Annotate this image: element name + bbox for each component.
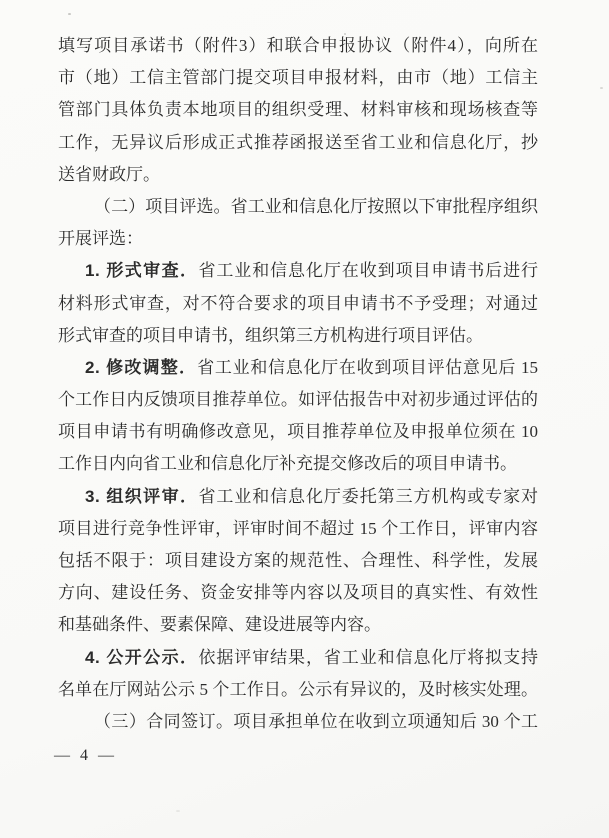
numbered-heading: 1. 形式审查． — [85, 261, 198, 280]
line-text: 项目申请书有明确修改意见，项目推荐单位及申报单位须在 10 个 — [58, 422, 538, 448]
line-text: 项目进行竞争性评审，评审时间不超过 15 个工作日，评审内容 — [58, 519, 538, 538]
text-line: 管部门具体负责本地项目的组织受理、材料审核和现场核查等 — [58, 94, 538, 126]
text-line: 工作，无异议后形成正式推荐函报送至省工业和信息化厅，抄 — [58, 127, 538, 159]
line-text: 名单在厅网站公示 5 个工作日。公示有异议的，及时核实处理。 — [58, 680, 538, 699]
numbered-heading: 3. 组织评审． — [85, 487, 198, 506]
paragraph-end-line: 工作日内向省工业和信息化厅补充提交修改后的项目申请书。 — [58, 448, 538, 480]
line-text: 开展评选： — [58, 229, 143, 248]
line-text: 省工业和信息化厅在收到项目评估意见后 15 — [197, 358, 538, 377]
line-text: 包括不限于：项目建设方案的规范性、合理性、科学性，发展 — [58, 551, 538, 570]
line-text: 管部门具体负责本地项目的组织受理、材料审核和现场核查等 — [58, 100, 538, 119]
line-text: 方向、建设任务、资金安排等内容以及项目的真实性、有效性 — [58, 583, 538, 602]
text-line: 项目进行竞争性评审，评审时间不超过 15 个工作日，评审内容 — [58, 513, 538, 545]
line-text: （二）项目评选。省工业和信息化厅按照以下审批程序组织 — [94, 197, 538, 216]
paragraph-end-line: 形式审查的项目申请书，组织第三方机构进行项目评估。 — [58, 320, 538, 352]
scan-speck — [600, 87, 603, 89]
text-line: 个工作日内反馈项目推荐单位。如评估报告中对初步通过评估的 — [58, 384, 538, 416]
paragraph-start-line: 4. 公开公示．依据评审结果，省工业和信息化厅将拟支持 — [58, 642, 538, 674]
line-text: 材料形式审查，对不符合要求的项目申请书不予受理；对通过 — [58, 294, 538, 313]
numbered-heading: 4. 公开公示． — [85, 648, 198, 667]
line-text: 形式审查的项目申请书，组织第三方机构进行项目评估。 — [58, 326, 483, 345]
scanned-page: 填写项目承诺书（附件3）和联合申报协议（附件4），向所在 市（地）工信主管部门提… — [0, 0, 609, 838]
line-text: （三）合同签订。项目承担单位在收到立项通知后 30 个工 — [94, 712, 538, 731]
line-text: 和基础条件、要素保障、建设进展等内容。 — [58, 615, 381, 634]
text-line: 材料形式审查，对不符合要求的项目申请书不予受理；对通过 — [58, 288, 538, 320]
line-text: 填写项目承诺书（附件3）和联合申报协议（附件4），向所在 — [58, 36, 538, 55]
text-line: 方向、建设任务、资金安排等内容以及项目的真实性、有效性 — [58, 577, 538, 609]
text-line: 名单在厅网站公示 5 个工作日。公示有异议的，及时核实处理。 — [58, 674, 538, 706]
paragraph-start-line: （二）项目评选。省工业和信息化厅按照以下审批程序组织 — [58, 191, 538, 223]
line-text: 个工作日内反馈项目推荐单位。如评估报告中对初步通过评估的 — [58, 390, 538, 409]
text-line: 项目申请书有明确修改意见，项目推荐单位及申报单位须在 10 个 — [58, 416, 538, 448]
line-text: 省工业和信息化厅委托第三方机构或专家对 — [198, 487, 538, 506]
document-body: 填写项目承诺书（附件3）和联合申报协议（附件4），向所在 市（地）工信主管部门提… — [58, 30, 538, 738]
page-number: — 4 — — [54, 747, 117, 765]
line-text: 市（地）工信主管部门提交项目申报材料，由市（地）工信主 — [58, 68, 538, 87]
paragraph-end-line: 和基础条件、要素保障、建设进展等内容。 — [58, 609, 538, 641]
paragraph-start-line: 2. 修改调整．省工业和信息化厅在收到项目评估意见后 15 — [58, 352, 538, 384]
text-line: 市（地）工信主管部门提交项目申报材料，由市（地）工信主 — [58, 62, 538, 94]
line-text: 送省财政厅。 — [58, 165, 160, 184]
line-text: 省工业和信息化厅在收到项目申请书后进行 — [198, 261, 538, 280]
paragraph-start-line: 3. 组织评审．省工业和信息化厅委托第三方机构或专家对 — [58, 481, 538, 513]
line-text: 工作，无异议后形成正式推荐函报送至省工业和信息化厅，抄 — [58, 133, 538, 152]
numbered-heading: 2. 修改调整． — [85, 358, 197, 377]
line-text: 依据评审结果，省工业和信息化厅将拟支持 — [198, 648, 538, 667]
scan-speck — [176, 810, 180, 812]
scan-speck — [68, 13, 71, 15]
paragraph-end-line: 开展评选： — [58, 223, 538, 255]
text-line: 包括不限于：项目建设方案的规范性、合理性、科学性，发展 — [58, 545, 538, 577]
line-text: 工作日内向省工业和信息化厅补充提交修改后的项目申请书。 — [58, 454, 517, 473]
paragraph-start-line: （三）合同签订。项目承担单位在收到立项通知后 30 个工 — [58, 706, 538, 738]
text-line: 填写项目承诺书（附件3）和联合申报协议（附件4），向所在 — [58, 30, 538, 62]
paragraph-start-line: 1. 形式审查．省工业和信息化厅在收到项目申请书后进行 — [58, 255, 538, 287]
paragraph-end-line: 送省财政厅。 — [58, 159, 538, 191]
